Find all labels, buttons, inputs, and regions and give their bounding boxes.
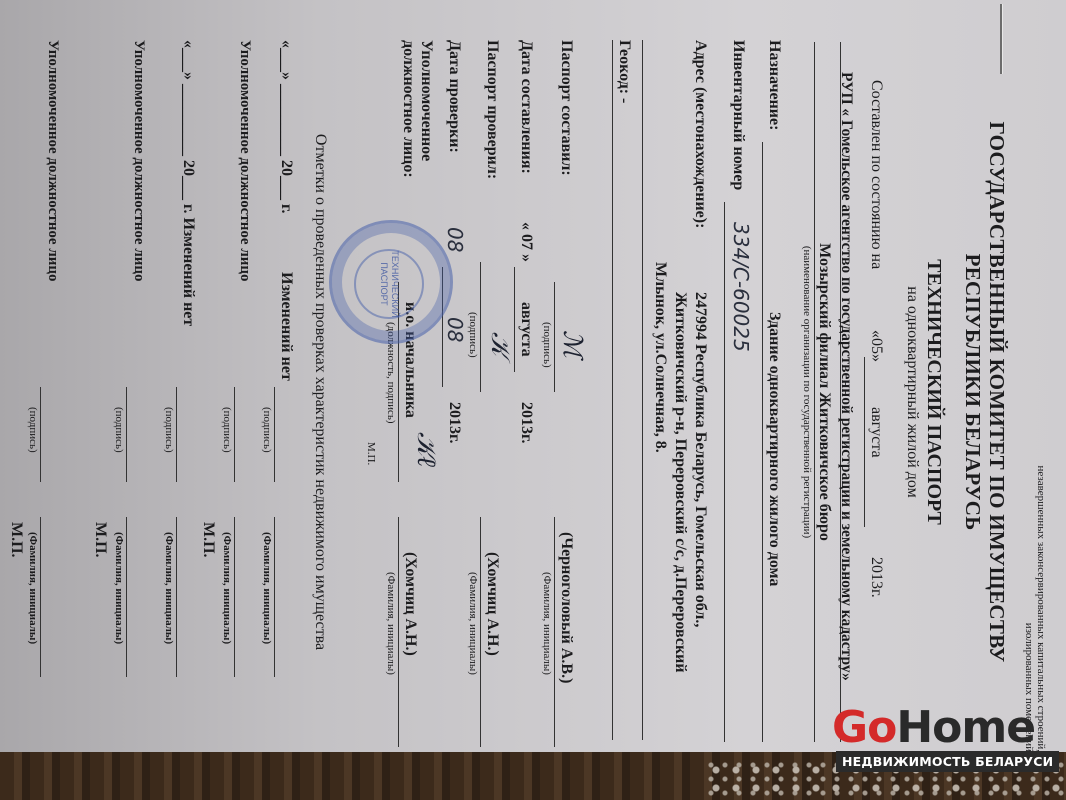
check1-sign-caption: (подпись): [261, 407, 273, 453]
organization-caption: (наименование организации по государстве…: [801, 12, 813, 772]
organization-line1: РУП « Гомельское агентство по государств…: [837, 72, 855, 681]
check-date-label: Дата проверки:: [445, 40, 463, 153]
purpose-label: Назначение:: [765, 40, 783, 130]
date-compiled-month: августа: [517, 302, 535, 357]
header-committee: ГОСУДАРСТВЕННЫЙ КОМИТЕТ ПО ИМУЩЕСТВУ: [984, 12, 1009, 772]
organization-line2: Мозырский филиал Житковичское бюро: [815, 12, 833, 772]
check3-official: Уполномоченное должностное лицо: [44, 40, 61, 282]
address-label: Адрес (местонахождение):: [691, 40, 709, 228]
official-label-1: Уполномоченное: [417, 40, 435, 161]
purpose-value: Здание одноквартирного жилого дома: [765, 312, 783, 586]
technical-passport-page: незавершенных законсервированных капитал…: [13, 12, 1053, 772]
geocode-label: Геокод: -: [615, 40, 633, 103]
compiled-as-of-label: Составлен по состоянию на: [867, 80, 885, 269]
check5-sign-caption: (подпись): [27, 407, 39, 453]
official-label-2: должностное лицо:: [399, 40, 417, 178]
check3-mp: М.П.: [7, 522, 25, 558]
page-subtitle: на одноквартирный жилой дом: [903, 12, 921, 772]
logo-tagline: НЕДВИЖИМОСТЬ БЕЛАРУСИ: [836, 751, 1059, 772]
check-date-year: 2013г.: [445, 402, 463, 443]
address-line3: Млынок, ул.Солнечная, 8.: [651, 262, 669, 453]
logo-go: Go: [832, 702, 896, 753]
check-date-day: 08: [443, 227, 467, 252]
check2-mp: М.П.: [91, 522, 109, 558]
check2-official: Уполномоченное должностное лицо: [130, 40, 147, 282]
compiled-by-caption: (подпись): [541, 322, 553, 368]
compiled-by-label: Паспорт составил:: [557, 40, 575, 176]
check2-sign-caption: (подпись): [221, 407, 233, 453]
check5-name-caption: (Фамилия, инициалы): [27, 532, 39, 644]
address-line2: Житковичский р-н, Переровский с/с, д.Пер…: [671, 292, 689, 673]
compiled-by-signature: ℳ: [557, 330, 587, 358]
check4-name-caption: (Фамилия, инициалы): [113, 532, 125, 644]
checked-by-name-caption: (Фамилия, инициалы): [467, 572, 479, 675]
date-compiled-year: 2013г.: [517, 402, 535, 443]
compiled-as-of-year: 2013г.: [867, 557, 885, 598]
checks-heading: Отметки о проведенных проверках характер…: [311, 12, 329, 772]
date-compiled-label: Дата составления:: [517, 40, 535, 174]
inventory-value: 334/С-60025: [729, 222, 753, 352]
compiled-as-of-month: августа: [867, 407, 885, 458]
official-mp: М.П.: [365, 442, 377, 465]
stamp-text: ТЕХНИЧЕСКИЙ ПАСПОРТ: [354, 249, 424, 319]
inventory-label: Инвентарный номер: [729, 40, 747, 190]
check1-mp: М.П.: [199, 522, 217, 558]
check3-name-caption: (Фамилия, инициалы): [163, 532, 175, 644]
check4-sign-caption: (подпись): [113, 407, 125, 453]
checked-by-caption: (подпись): [467, 312, 479, 358]
check1-name-caption: (Фамилия, инициалы): [261, 532, 273, 644]
address-line1: 247994 Республика Беларусь, Гомельская о…: [691, 292, 709, 627]
compiled-by-name-caption: (Фамилия, инициалы): [541, 572, 553, 675]
date-compiled-day: « 07 »: [517, 222, 535, 262]
check3-sign-caption: (подпись): [163, 407, 175, 453]
page-title: ТЕХНИЧЕСКИЙ ПАСПОРТ: [922, 12, 945, 772]
compiled-as-of-day: «05»: [867, 330, 885, 362]
official-name-caption: (Фамилия, инициалы): [385, 572, 397, 675]
official-stamp: ТЕХНИЧЕСКИЙ ПАСПОРТ: [329, 220, 453, 344]
checked-by-label: Паспорт проверил:: [483, 40, 501, 179]
check1-no-changes: Изменений нет: [277, 272, 295, 381]
check2-name-caption: (Фамилия, инициалы): [221, 532, 233, 644]
check1-official: Уполномоченное должностное лицо: [236, 40, 253, 282]
official-name: (Хомчиц А.Н.): [401, 552, 419, 656]
check2-date: «___» _________ 20___ г. Изменений нет: [179, 40, 197, 326]
logo-home: Home: [896, 702, 1035, 753]
header-republic: РЕСПУБЛИКИ БЕЛАРУСЬ: [960, 12, 985, 772]
checked-by-name: (Хомчиц А.Н.): [483, 552, 501, 656]
gohome-watermark: GoHome НЕДВИЖИМОСТЬ БЕЛАРУСИ: [832, 705, 1059, 772]
check-date-month: 08: [443, 317, 467, 342]
checked-by-signature: 𝒦: [484, 332, 515, 356]
gohome-logo: GoHome: [832, 705, 1059, 751]
official-signature: 𝒦ℓ: [410, 432, 441, 467]
compiled-by-name: (Черноголовый А.В.): [557, 532, 575, 683]
check1-date: «___» _________ 20___ г.: [277, 40, 295, 213]
